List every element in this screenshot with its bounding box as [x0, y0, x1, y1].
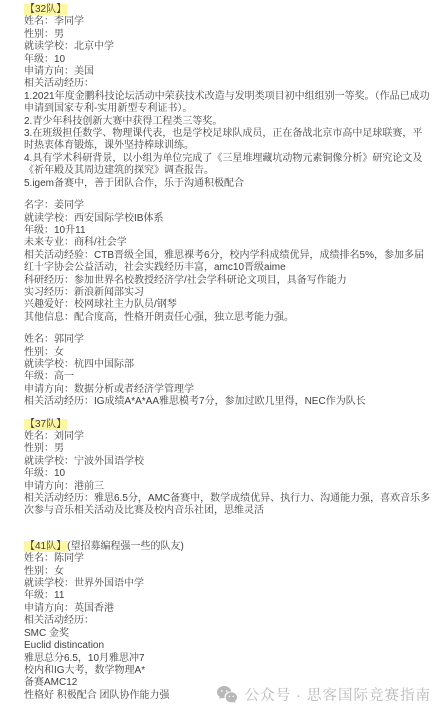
team-32-line-0: 姓名：李同学 [24, 16, 431, 28]
team-41-line-4: 申请方向：英国香港 [24, 603, 431, 615]
student-jiang-section: 名字：姜同学就读学校：西安国际学校IB体系年级：10升11未来专业：商科/社会学… [24, 200, 431, 324]
team-37-line-0: 姓名：刘同学 [24, 431, 431, 443]
wechat-icon [216, 685, 238, 704]
student-jiang-line-4: 相关活动经验：CTB晋级全国，雅思裸考6分，校内学科成绩优异，成绩排名5%，参加… [24, 250, 431, 275]
team-32-line-10: 5.igem备赛中，善于团队合作，乐于沟通积极配合 [24, 178, 431, 190]
team-41-header-note: (望招募编程强一些的队友) [67, 541, 184, 552]
team-37-header: 【37队】 [24, 419, 431, 431]
team-32-label-highlight: 【32队】 [24, 4, 67, 15]
watermark: 公众号 · 思客国际竞赛指南 [216, 684, 431, 705]
team-32-line-5: 相关活动经历： [24, 78, 431, 90]
student-jiang-line-5: 科研经历：参加世界名校教授经济学/社会学科研论文项目，具备写作能力 [24, 275, 431, 287]
team-41-line-1: 性别：女 [24, 566, 431, 578]
student-guo-line-1: 性别：女 [24, 347, 431, 359]
team-37-line-3: 年级：10 [24, 468, 431, 480]
team-41-line-9: 校内和IG大考，数学物理A* [24, 665, 431, 677]
team-37-line-5: 相关活动经历：雅思6.5分，AMC备赛中，数学成绩优异、执行力、沟通能力强，喜欢… [24, 493, 431, 518]
team-41-line-0: 姓名：陈同学 [24, 553, 431, 565]
team-32-line-1: 性别：男 [24, 29, 431, 41]
team-41-line-8: 雅思总分6.5，10月雅思冲7 [24, 653, 431, 665]
team-41-label-highlight: 【41队】 [24, 541, 67, 552]
team-32-line-8: 3.在班级担任数学、物理课代表，也是学校足球队成员，正在备战北京市高中足球联赛，… [24, 128, 431, 153]
student-jiang-line-6: 实习经历：新浪新闻部实习 [24, 287, 431, 299]
student-jiang-line-3: 未来专业：商科/社会学 [24, 237, 431, 249]
team-32-line-6: 1.2021年度金鹏科技论坛活动中荣获技术改造与发明类项目初中组组别一等奖。（作… [24, 91, 431, 116]
student-guo-line-3: 年级：高一 [24, 371, 431, 383]
student-guo-line-2: 就读学校：杭四中国际部 [24, 359, 431, 371]
team-32-header: 【32队】 [24, 4, 431, 16]
team-37-line-1: 性别：男 [24, 443, 431, 455]
student-guo-line-0: 姓名：郭同学 [24, 334, 431, 346]
team-32-line-7: 2.青少年科技创新大赛中获得工程类三等奖。 [24, 116, 431, 128]
team-37-section: 【37队】姓名：刘同学性别：男就读学校：宁波外国语学校年级：10申请方向：港前三… [24, 419, 431, 518]
student-jiang-line-7: 兴趣爱好：校网球社主力队员/钢琴 [24, 299, 431, 311]
student-jiang-line-0: 名字：姜同学 [24, 200, 431, 212]
team-41-line-5: 相关活动经历： [24, 615, 431, 627]
student-guo-section: 姓名：郭同学性别：女就读学校：杭四中国际部年级：高一申请方向：数据分析或者经济学… [24, 334, 431, 408]
team-32-line-9: 4.具有学术科研背景，以小组为单位完成了《三星堆埋藏坑动物元素铜像分析》研究论文… [24, 153, 431, 178]
student-jiang-line-2: 年级：10升11 [24, 225, 431, 237]
student-jiang-line-8: 其他信息：配合度高，性格开朗责任心强，独立思考能力强。 [24, 312, 431, 324]
team-37-label-highlight: 【37队】 [24, 419, 67, 430]
team-41-section: 【41队】(望招募编程强一些的队友)姓名：陈同学性别：女就读学校：世界外国语中学… [24, 541, 431, 702]
team-41-line-3: 年级：11 [24, 590, 431, 602]
watermark-text: 公众号 · 思客国际竞赛指南 [245, 684, 431, 705]
student-guo-line-5: 相关活动经历：IG成绩A*A*AA雅思模考7分，参加过欧几里得，NEC作为队长 [24, 396, 431, 408]
team-32-line-4: 申请方向：美国 [24, 66, 431, 78]
student-guo-line-4: 申请方向：数据分析或者经济学管理学 [24, 384, 431, 396]
student-jiang-line-1: 就读学校：西安国际学校IB体系 [24, 213, 431, 225]
team-37-line-4: 申请方向：港前三 [24, 481, 431, 493]
document-body: 【32队】姓名：李同学性别：男就读学校：北京中学年级：10申请方向：美国相关活动… [0, 0, 441, 702]
team-32-line-3: 年级：10 [24, 54, 431, 66]
team-41-line-7: Euclid distincation [24, 640, 431, 652]
team-41-line-2: 就读学校：世界外国语中学 [24, 578, 431, 590]
team-32-line-2: 就读学校：北京中学 [24, 41, 431, 53]
team-41-header: 【41队】(望招募编程强一些的队友) [24, 541, 431, 553]
team-41-line-6: SMC 金奖 [24, 628, 431, 640]
team-32-section: 【32队】姓名：李同学性别：男就读学校：北京中学年级：10申请方向：美国相关活动… [24, 4, 431, 190]
team-37-line-2: 就读学校：宁波外国语学校 [24, 456, 431, 468]
